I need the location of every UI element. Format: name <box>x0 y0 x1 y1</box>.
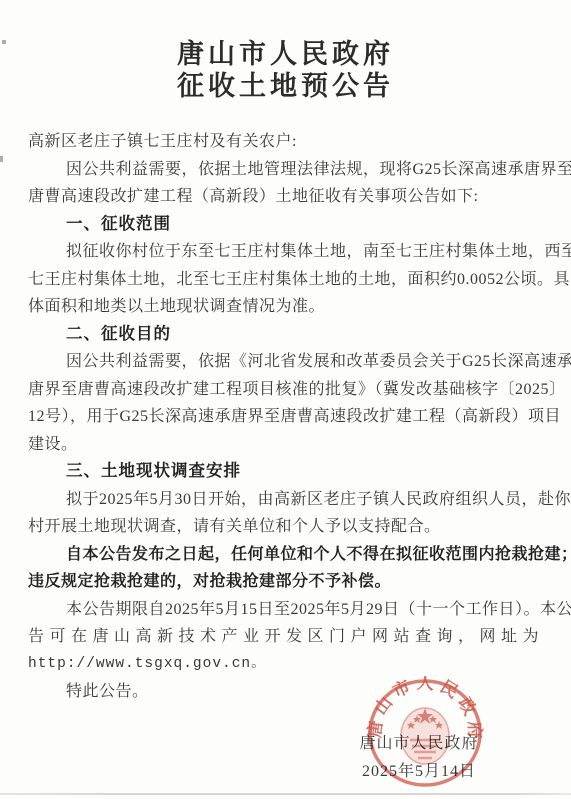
title-line-government: 唐山市人民政府 <box>0 38 571 70</box>
section-2-line-2: 唐界至唐曹高速段改扩建工程项目核准的批复》（冀发改基础核字〔2025〕 <box>28 376 543 404</box>
period-line-2: 告可在唐山高新技术产业开发区门户网站查询，网址为 <box>28 623 543 651</box>
period-line-1: 本公告期限自2025年5月15日至2025年5月29日（十一个工作日）。本公 <box>28 596 543 624</box>
section-1-line-3: 体面积和地类以土地现状调查情况为准。 <box>28 293 543 321</box>
scanned-notice-page: 唐山市人民政府 征收土地预公告 高新区老庄子镇七王庄村及有关农户: 因公共利益需… <box>0 0 571 799</box>
title-line-notice-type: 征收土地预公告 <box>0 70 571 102</box>
warning-line-2: 违反规定抢栽抢建的，对抢栽抢建部分不予补偿。 <box>28 568 543 596</box>
official-seal-icon: 唐山市人民政府 <box>366 676 484 790</box>
scan-artifact <box>2 40 6 44</box>
section-3-heading: 三、土地现状调查安排 <box>28 458 543 486</box>
section-2-line-4: 建设。 <box>28 431 543 459</box>
seal-national-emblem-icon <box>401 708 449 764</box>
section-2-heading: 二、征收目的 <box>28 321 543 349</box>
document-title: 唐山市人民政府 征收土地预公告 <box>0 0 571 102</box>
section-2-line-3: 12号），用于G25长深高速承唐界至唐曹高速段改扩建工程（高新段）项目 <box>28 403 543 431</box>
addressee-line: 高新区老庄子镇七王庄村及有关农户: <box>28 128 543 156</box>
section-1-line-2: 七王庄村集体土地，北至七王庄村集体土地的土地，面积约0.0052公顷。具 <box>28 266 543 294</box>
section-1-line-1: 拟征收你村位于东至七王庄村集体土地，南至七王庄村集体土地，西至 <box>28 238 543 266</box>
section-3-line-2: 村开展土地现状调查，请有关单位和个人予以支持配合。 <box>28 513 543 541</box>
notice-body: 高新区老庄子镇七王庄村及有关农户: 因公共利益需要，依据土地管理法律法规，现将G… <box>0 128 571 706</box>
section-1-heading: 一、征收范围 <box>28 211 543 239</box>
intro-line-2: 唐曹高速段改扩建工程（高新段）土地征收有关事项公告如下: <box>28 183 543 211</box>
warning-line-1: 自本公告发布之日起，任何单位和个人不得在拟征收范围内抢栽抢建； <box>28 541 543 569</box>
website-url: http://www.tsgxq.gov.cn。 <box>28 651 543 679</box>
scan-artifact <box>0 156 3 162</box>
intro-line-1: 因公共利益需要，依据土地管理法律法规，现将G25长深高速承唐界至 <box>28 156 543 184</box>
section-2-line-1: 因公共利益需要，依据《河北省发展和改革委员会关于G25长深高速承 <box>28 348 543 376</box>
scan-edge-shadow <box>0 793 571 795</box>
section-3-line-1: 拟于2025年5月30日开始，由高新区老庄子镇人民政府组织人员，赴你 <box>28 486 543 514</box>
